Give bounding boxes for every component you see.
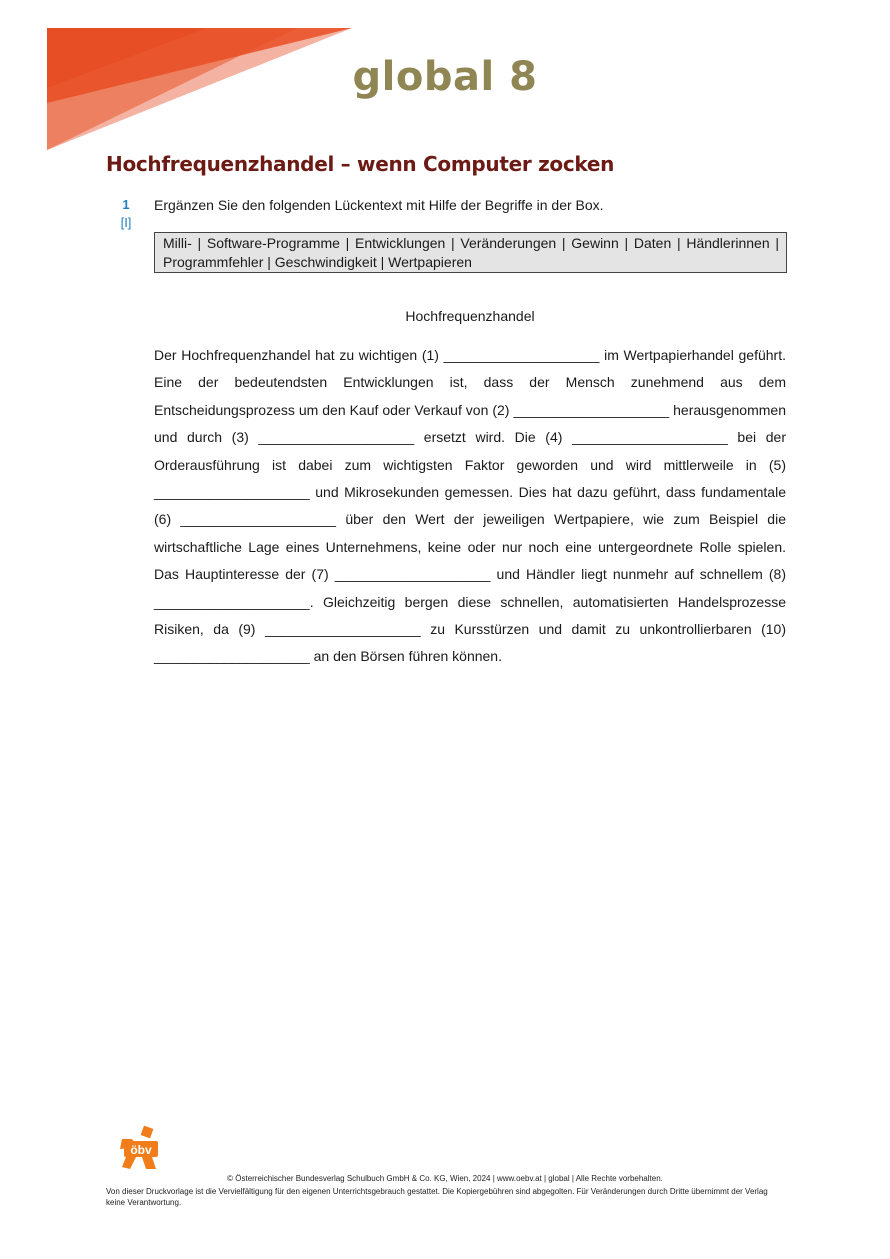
footer-copyright: © Österreichischer Bundesverlag Schulbuc… [0, 1174, 890, 1183]
footer-note: Von dieser Druckvorlage ist die Vervielf… [106, 1186, 776, 1208]
svg-text:öbv: öbv [130, 1143, 152, 1157]
page-heading: Hochfrequenzhandel – wenn Computer zocke… [106, 152, 614, 176]
brand-title: global 8 [0, 54, 890, 100]
text-title: Hochfrequenzhandel [154, 308, 786, 324]
word-box: Milli- | Software-Programme | Entwicklun… [154, 232, 787, 273]
exercise-instruction: Ergänzen Sie den folgenden Lückentext mi… [154, 197, 604, 213]
cloze-text: Der Hochfrequenzhandel hat zu wichtigen … [154, 342, 786, 671]
exercise-level: [I] [116, 215, 136, 230]
oebv-logo-icon: öbv [118, 1125, 162, 1171]
exercise-number: 1 [118, 197, 134, 212]
